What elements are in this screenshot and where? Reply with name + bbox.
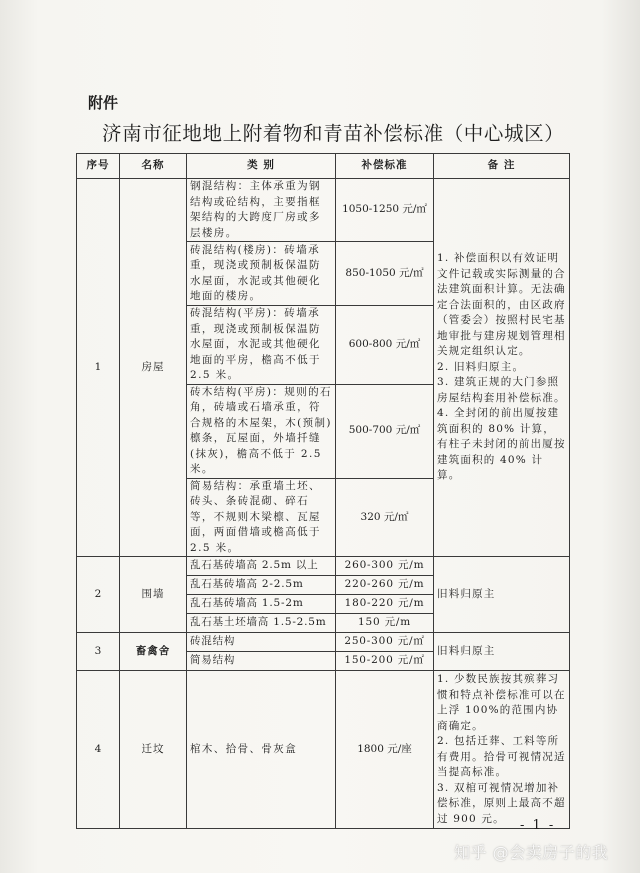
- price-cell: 1050-1250 元/㎡: [336, 179, 434, 242]
- header-index: 序号: [77, 154, 120, 179]
- price-cell: 150 元/m: [336, 614, 434, 633]
- row-name: 畜禽舍: [120, 633, 187, 671]
- scanned-page: 附件 济南市征地地上附着物和青苗补偿标准（中心城区） 序号 名称 类 别 补偿标…: [0, 0, 640, 873]
- price-cell: 220-260 元/m: [336, 576, 434, 595]
- note-line: 1. 补偿面积以有效证明文件记载或实际测量的合法建筑面积计算。无法确定合法面积的…: [437, 251, 566, 360]
- note-line: 4. 全封闭的前出厦按建筑面积的 80% 计算，有柱子未封闭的前出厦按建筑面积的…: [437, 406, 566, 484]
- row-name: 围墙: [120, 557, 187, 633]
- row-index: 2: [77, 557, 120, 633]
- notes-cell: 旧料归原主: [434, 557, 570, 633]
- category-cell: 砖混结构: [187, 633, 336, 652]
- row-index: 3: [77, 633, 120, 671]
- row-index: 1: [77, 179, 120, 557]
- table-row: 3 畜禽舍 砖混结构 250-300 元/㎡ 旧料归原主: [77, 633, 570, 652]
- category-cell: 乱石基砖墙高 2-2.5m: [187, 576, 336, 595]
- zhihu-watermark: 知乎 @会卖房子的我: [454, 840, 608, 863]
- note-line: 2. 旧料归原主。: [437, 360, 566, 376]
- row-name: 迁坟: [120, 671, 187, 829]
- note-line: 1. 少数民族按其殡葬习惯和特点补偿标准可以在上浮 100%的范围内协商确定。: [437, 672, 566, 734]
- category-cell: 砖混结构(楼房)：砖墙承重，现浇或预制板保温防水屋面，水泥或其他硬化地面的楼房。: [187, 242, 336, 306]
- price-cell: 150-200 元/㎡: [336, 652, 434, 671]
- compensation-standard-table: 序号 名称 类 别 补偿标准 备 注 1 房屋 钢混结构：主体承重为钢结构或砼结…: [76, 153, 570, 829]
- category-cell: 棺木、拾骨、骨灰盒: [187, 671, 336, 829]
- table-header-row: 序号 名称 类 别 补偿标准 备 注: [77, 154, 570, 179]
- price-cell: 260-300 元/m: [336, 557, 434, 576]
- notes-cell: 1. 少数民族按其殡葬习惯和特点补偿标准可以在上浮 100%的范围内协商确定。 …: [434, 671, 570, 829]
- price-cell: 250-300 元/㎡: [336, 633, 434, 652]
- category-cell: 简易结构: [187, 652, 336, 671]
- category-cell: 乱石基土坯墙高 1.5-2.5m: [187, 614, 336, 633]
- price-cell: 850-1050 元/㎡: [336, 242, 434, 306]
- row-name: 房屋: [120, 179, 187, 557]
- header-notes: 备 注: [434, 154, 570, 179]
- table-row: 4 迁坟 棺木、拾骨、骨灰盒 1800 元/座 1. 少数民族按其殡葬习惯和特点…: [77, 671, 570, 829]
- price-cell: 1800 元/座: [336, 671, 434, 829]
- category-cell: 砖木结构(平房)：规则的石角，砖墙或石墙承重，符合规格的木屋架，木(预制)檩条，…: [187, 384, 336, 478]
- price-cell: 600-800 元/㎡: [336, 306, 434, 385]
- page-number: - 1 -: [520, 818, 555, 833]
- table-row: 2 围墙 乱石基砖墙高 2.5m 以上 260-300 元/m 旧料归原主: [77, 557, 570, 576]
- category-cell: 简易结构：承重墙土坯、砖头、条砖混砌、碎石等，不规则木梁檩、瓦屋面，两面借墙或檐…: [187, 478, 336, 557]
- notes-cell: 旧料归原主: [434, 633, 570, 671]
- document-title: 济南市征地地上附着物和青苗补偿标准（中心城区）: [102, 118, 564, 146]
- attachment-label: 附件: [88, 92, 118, 113]
- category-cell: 钢混结构：主体承重为钢结构或砼结构，主要指框架结构的大跨度厂房或多层楼房。: [187, 179, 336, 242]
- header-name: 名称: [120, 154, 187, 179]
- table-row: 1 房屋 钢混结构：主体承重为钢结构或砼结构，主要指框架结构的大跨度厂房或多层楼…: [77, 179, 570, 242]
- header-category: 类 别: [187, 154, 336, 179]
- price-cell: 500-700 元/㎡: [336, 384, 434, 478]
- note-line: 2. 包括迁葬、工料等所有费用。拾骨可视情况适当提高标准。: [437, 734, 566, 781]
- category-cell: 砖混结构(平房)：砖墙承重，现浇或预制板保温防水屋面，水泥或其他硬化地面的平房，…: [187, 306, 336, 385]
- price-cell: 180-220 元/m: [336, 595, 434, 614]
- notes-cell: 1. 补偿面积以有效证明文件记载或实际测量的合法建筑面积计算。无法确定合法面积的…: [434, 179, 570, 557]
- header-standard: 补偿标准: [336, 154, 434, 179]
- category-cell: 乱石基砖墙高 2.5m 以上: [187, 557, 336, 576]
- row-index: 4: [77, 671, 120, 829]
- category-cell: 乱石基砖墙高 1.5-2m: [187, 595, 336, 614]
- price-cell: 320 元/㎡: [336, 478, 434, 557]
- note-line: 3. 建筑正规的大门参照房屋结构套用补偿标准。: [437, 375, 566, 406]
